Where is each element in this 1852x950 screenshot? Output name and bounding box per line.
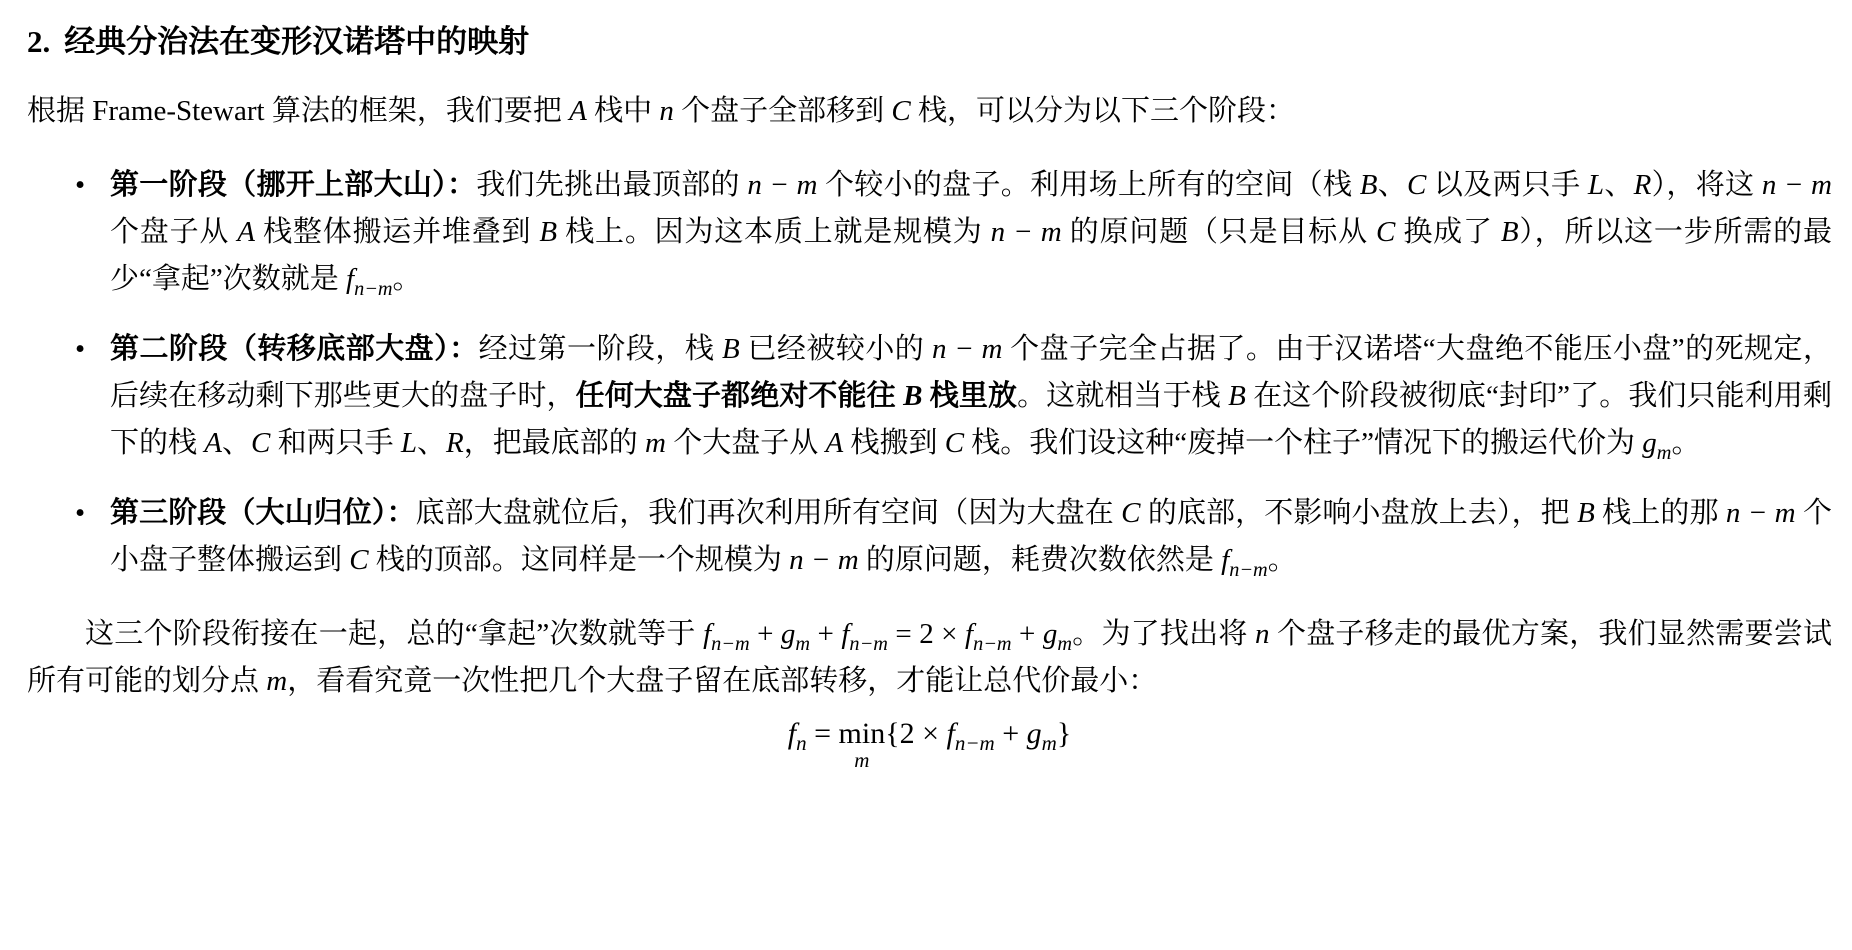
math-segment: A xyxy=(825,427,843,459)
math-segment: B xyxy=(1228,380,1246,412)
txt-segment: 。为了找出将 xyxy=(1072,618,1255,650)
txt-segment: 、 xyxy=(1604,169,1634,201)
math-segment: gm xyxy=(781,618,810,650)
min-operator: minm xyxy=(839,717,886,771)
txt-segment: 这三个阶段衔接在一起，总的“拿起”次数就等于 xyxy=(85,618,703,650)
phase-item-2: 第二阶段（转移底部大盘）：经过第一阶段，栈 B 已经被较小的 n − m 个盘子… xyxy=(110,326,1832,467)
math-segment: gm xyxy=(1027,717,1057,750)
subscript: n−m xyxy=(849,633,887,655)
txt-segment: 我们先挑出最顶部的 xyxy=(476,169,747,201)
txt-segment: 根据 Frame-Stewart 算法的框架，我们要把 xyxy=(27,95,569,127)
math-segment: gm xyxy=(1642,427,1671,459)
txt-segment: 栈。我们设这种“废掉一个柱子”情况下的搬运代价为 xyxy=(964,427,1642,459)
txt-segment: 栈搬到 xyxy=(843,427,945,459)
math-segment: A xyxy=(569,95,587,127)
mop-segment: {2 × xyxy=(885,717,946,750)
txt-segment: 栈的顶部。这同样是一个规模为 xyxy=(369,544,790,576)
txt-segment: 、 xyxy=(417,427,446,459)
mop-segment: + xyxy=(995,717,1027,750)
math-segment: B xyxy=(1501,216,1519,248)
txt-segment: 栈上的那 xyxy=(1595,497,1726,529)
math-segment: n xyxy=(1255,618,1270,650)
bold-segment: 栈里放 xyxy=(922,380,1017,412)
section-title: 经典分治法在变形汉诺塔中的映射 xyxy=(64,24,529,59)
math-segment: fn−m xyxy=(841,618,888,650)
subscript: n−m xyxy=(1229,559,1267,581)
math-segment: B xyxy=(1360,169,1378,201)
subscript: n−m xyxy=(973,633,1011,655)
display-formula: fn = minm{2 × fn−m + gm} xyxy=(27,717,1832,771)
closing-paragraph: 这三个阶段衔接在一起，总的“拿起”次数就等于 fn−m + gm + fn−m … xyxy=(27,611,1832,705)
math-segment: R xyxy=(446,427,464,459)
subscript: n−m xyxy=(955,731,995,755)
math-segment: B xyxy=(722,333,740,365)
txt-segment: 经过第一阶段，栈 xyxy=(479,333,722,365)
bold-segment: 任何大盘子都绝对不能往 xyxy=(576,380,903,412)
intro-paragraph: 根据 Frame-Stewart 算法的框架，我们要把 A 栈中 n 个盘子全部… xyxy=(27,88,1832,135)
bold-segment: 第三阶段（大山归位）： xyxy=(110,497,416,529)
math-segment: n − m xyxy=(991,216,1062,248)
bmath-segment: B xyxy=(903,380,922,412)
txt-segment: 已经被较小的 xyxy=(740,333,932,365)
math-segment: n − m xyxy=(789,544,859,576)
bold-segment: 第一阶段（挪开上部大山）： xyxy=(110,169,476,201)
math-segment: A xyxy=(204,427,222,459)
math-segment: n − m xyxy=(1762,169,1832,201)
subscript: n−m xyxy=(354,278,392,300)
txt-segment: 个较小的盘子。利用场上所有的空间（栈 xyxy=(817,169,1359,201)
math-segment: C xyxy=(349,544,368,576)
math-segment: fn−m xyxy=(965,618,1012,650)
txt-segment: 个大盘子从 xyxy=(666,427,826,459)
math-segment: B xyxy=(1577,497,1595,529)
txt-segment: 、 xyxy=(222,427,251,459)
txt-segment: 和两只手 xyxy=(270,427,401,459)
math-segment: L xyxy=(401,427,417,459)
txt-segment: ，把最底部的 xyxy=(464,427,645,459)
txt-segment: 的原问题，耗费次数依然是 xyxy=(859,544,1222,576)
math-segment: n xyxy=(659,95,674,127)
txt-segment: 栈，可以分为以下三个阶段： xyxy=(911,95,1295,127)
math-segment: A xyxy=(237,216,255,248)
bold-segment: 第二阶段（转移底部大盘）： xyxy=(110,333,479,365)
txt-segment: ，看看究竟一次性把几个大盘子留在底部转移，才能让总代价最小： xyxy=(287,665,1157,697)
document-page: 2.经典分治法在变形汉诺塔中的映射 根据 Frame-Stewart 算法的框架… xyxy=(0,0,1852,950)
txt-segment: 底部大盘就位后，我们再次利用所有空间（因为大盘在 xyxy=(416,497,1122,529)
math-segment: C xyxy=(1121,497,1140,529)
txt-segment: 。 xyxy=(1268,544,1297,576)
subscript: n xyxy=(796,731,807,755)
math-segment: C xyxy=(1376,216,1395,248)
mop-segment: + xyxy=(810,618,841,650)
txt-segment: ），将这 xyxy=(1651,169,1761,201)
math-segment: B xyxy=(539,216,557,248)
txt-segment: 栈整体搬运并堆叠到 xyxy=(255,216,539,248)
math-segment: fn−m xyxy=(703,618,750,650)
txt-segment: 、 xyxy=(1377,169,1407,201)
mop-segment: + xyxy=(1012,618,1043,650)
math-segment: fn−m xyxy=(1221,544,1268,576)
txt-segment: 栈上。因为这本质上就是规模为 xyxy=(557,216,990,248)
math-segment: m xyxy=(645,427,666,459)
math-segment: C xyxy=(251,427,270,459)
math-segment: fn−m xyxy=(346,263,393,295)
math-segment: C xyxy=(891,95,910,127)
subscript: m xyxy=(1657,442,1672,464)
phase-item-3: 第三阶段（大山归位）：底部大盘就位后，我们再次利用所有空间（因为大盘在 C 的底… xyxy=(110,490,1832,584)
phase-list: 第一阶段（挪开上部大山）：我们先挑出最顶部的 n − m 个较小的盘子。利用场上… xyxy=(27,162,1832,584)
txt-segment: 。 xyxy=(393,263,422,295)
section-heading: 2.经典分治法在变形汉诺塔中的映射 xyxy=(27,22,1832,62)
mop-segment: = xyxy=(807,717,839,750)
math-segment: L xyxy=(1588,169,1604,201)
subscript: n−m xyxy=(711,633,749,655)
txt-segment: 。 xyxy=(1671,427,1700,459)
txt-segment: 的底部，不影响小盘放上去），把 xyxy=(1141,497,1578,529)
txt-segment: 。这就相当于栈 xyxy=(1017,380,1228,412)
math-segment: C xyxy=(1407,169,1426,201)
phase-item-1: 第一阶段（挪开上部大山）：我们先挑出最顶部的 n − m 个较小的盘子。利用场上… xyxy=(110,162,1832,303)
mop-segment: } xyxy=(1057,717,1071,750)
txt-segment: 个盘子从 xyxy=(110,216,237,248)
math-segment: fn xyxy=(788,717,807,750)
subscript: m xyxy=(795,633,810,655)
math-segment: m xyxy=(266,665,287,697)
txt-segment: 栈中 xyxy=(587,95,660,127)
math-segment: R xyxy=(1634,169,1652,201)
mop-segment: + xyxy=(750,618,781,650)
subscript: m xyxy=(1057,633,1072,655)
math-segment: fn−m xyxy=(947,717,995,750)
subscript: m xyxy=(1042,731,1057,755)
math-segment: n − m xyxy=(932,333,1002,365)
math-segment: n − m xyxy=(1726,497,1796,529)
txt-segment: 的原问题（只是目标从 xyxy=(1062,216,1376,248)
mop-segment: = 2 × xyxy=(888,618,965,650)
txt-segment: 以及两只手 xyxy=(1426,169,1588,201)
txt-segment: 换成了 xyxy=(1395,216,1501,248)
section-number: 2. xyxy=(27,24,50,59)
math-segment: n − m xyxy=(747,169,817,201)
math-segment: C xyxy=(945,427,964,459)
math-segment: gm xyxy=(1043,618,1072,650)
txt-segment: 个盘子全部移到 xyxy=(674,95,892,127)
